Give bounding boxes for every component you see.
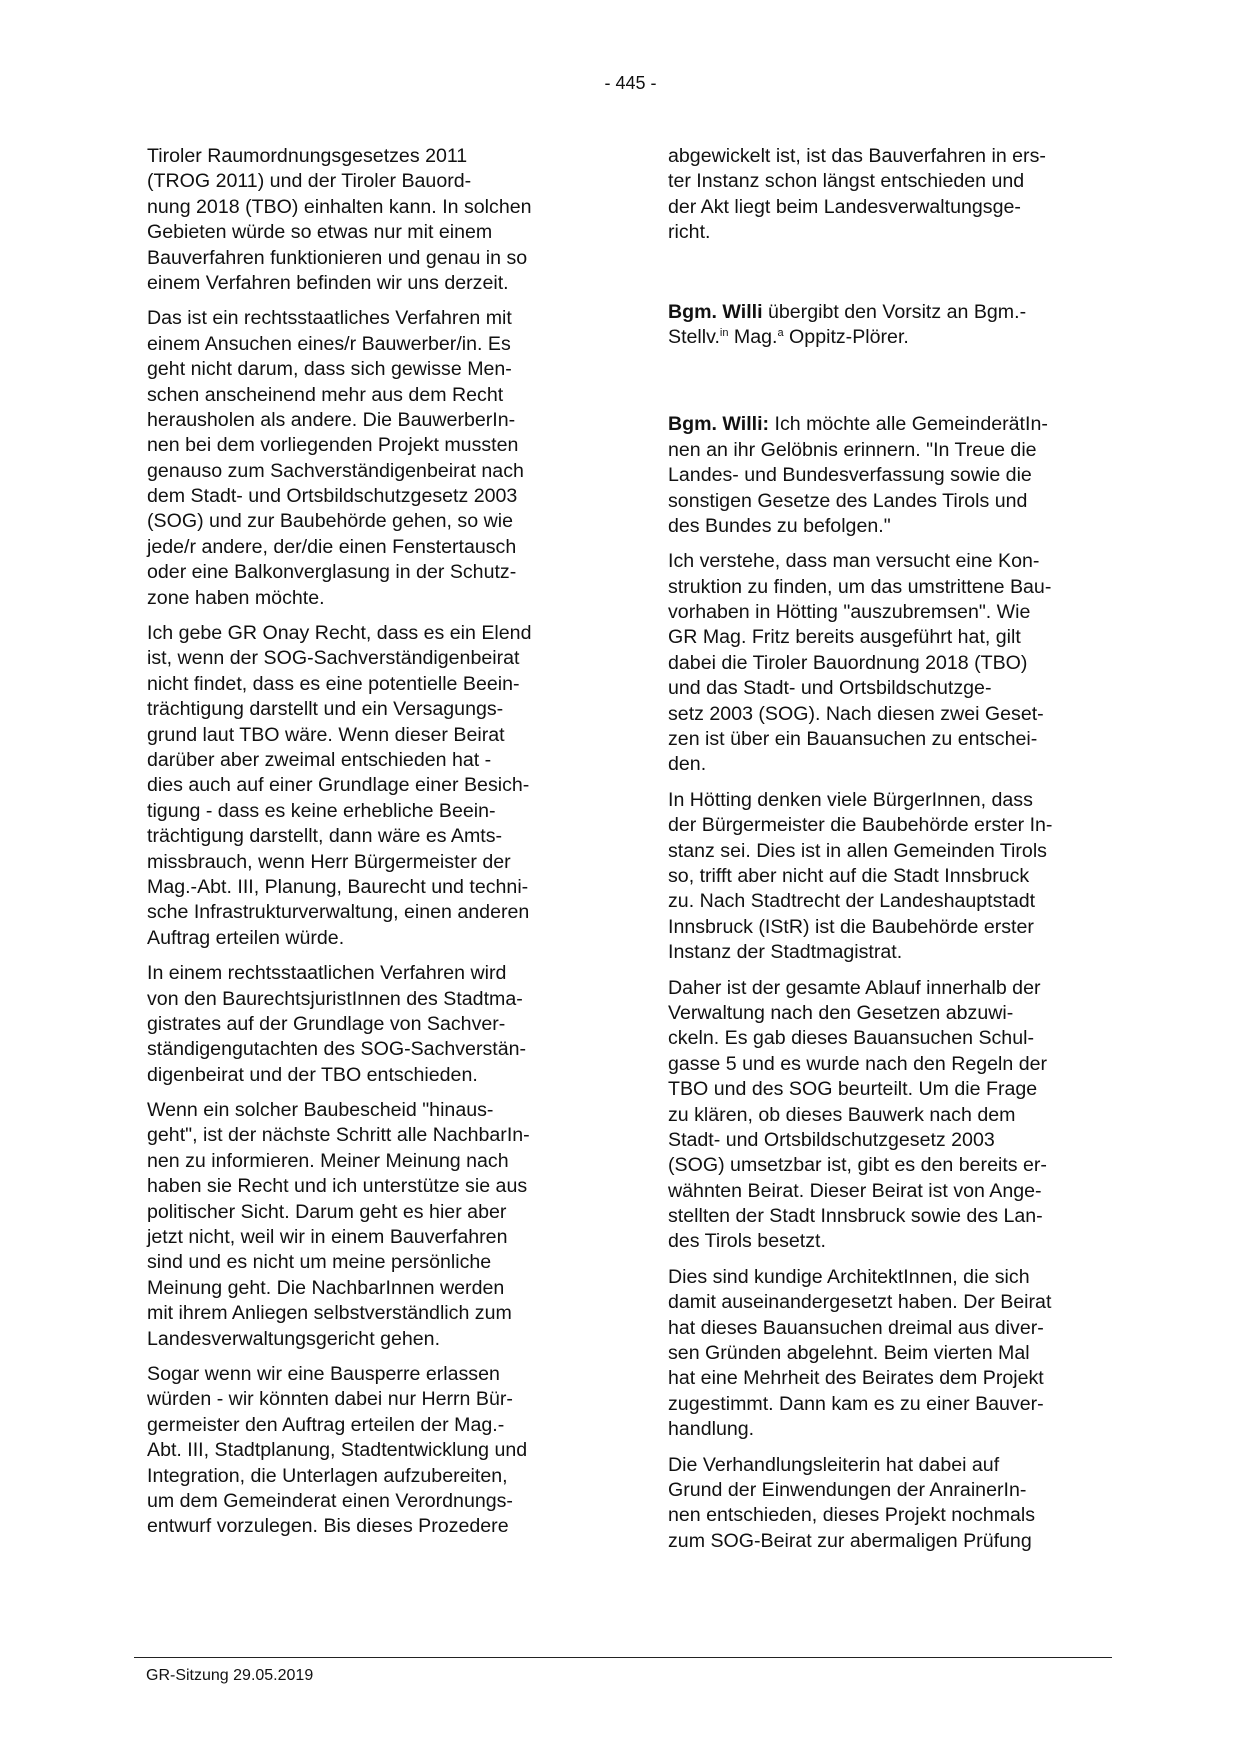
text-line: Stadt- und Ortsbildschutzgesetz 2003 (668, 1128, 1118, 1153)
text-line: Tiroler Raumordnungsgesetzes 2011 (147, 144, 597, 169)
text-line: Instanz der Stadtmagistrat. (668, 940, 1118, 965)
text-line: sen Gründen abgelehnt. Beim vierten Mal (668, 1341, 1118, 1366)
text-line: damit auseinandergesetzt haben. Der Beir… (668, 1290, 1118, 1315)
text-line: Sogar wenn wir eine Bausperre erlassen (147, 1362, 597, 1387)
text-line: geht nicht darum, dass sich gewisse Men- (147, 357, 597, 382)
text-line: grund laut TBO wäre. Wenn dieser Beirat (147, 723, 597, 748)
footer-session-label: GR-Sitzung 29.05.2019 (146, 1666, 313, 1686)
text-line: sche Infrastrukturverwaltung, einen ande… (147, 900, 597, 925)
text-line: (SOG) und zur Baubehörde gehen, so wie (147, 509, 597, 534)
speaker-name: Bgm. Willi (668, 301, 763, 323)
text-line: vorhaben in Hötting "auszubremsen". Wie (668, 600, 1118, 625)
paragraph: Tiroler Raumordnungsgesetzes 2011(TROG 2… (147, 144, 597, 296)
text-line: des Bundes zu befolgen." (668, 514, 1118, 539)
text-line: oder eine Balkonverglasung in der Schutz… (147, 560, 597, 585)
text-line: stanz sei. Dies ist in allen Gemeinden T… (668, 839, 1118, 864)
speech-line-1: Bgm. Willi: Ich möchte alle GemeinderätI… (668, 412, 1118, 437)
text-line: hat dieses Bauansuchen dreimal aus diver… (668, 1316, 1118, 1341)
text-line: stellten der Stadt Innsbruck sowie des L… (668, 1204, 1118, 1229)
text-line: dies auch auf einer Grundlage einer Besi… (147, 773, 597, 798)
speech-paragraph: Bgm. Willi: Ich möchte alle GemeinderätI… (668, 412, 1118, 539)
text-line: sonstigen Gesetze des Landes Tirols und (668, 489, 1118, 514)
text-line: Auftrag erteilen würde. (147, 926, 597, 951)
text-line: zugestimmt. Dann kam es zu einer Bauver- (668, 1392, 1118, 1417)
text-line: Meinung geht. Die NachbarInnen werden (147, 1276, 597, 1301)
text-line: Daher ist der gesamte Ablauf innerhalb d… (668, 976, 1118, 1001)
text-line: trächtigung darstellt, dann wäre es Amts… (147, 824, 597, 849)
text-line: entwurf vorzulegen. Bis dieses Prozedere (147, 1514, 597, 1539)
text-line: nen zu informieren. Meiner Meinung nach (147, 1149, 597, 1174)
text-line: struktion zu finden, um das umstrittene … (668, 575, 1118, 600)
text-line: tigung - dass es keine erhebliche Beein- (147, 799, 597, 824)
text-line: In Hötting denken viele BürgerInnen, das… (668, 788, 1118, 813)
text-line: geht", ist der nächste Schritt alle Nach… (147, 1123, 597, 1148)
text-line: gistrates auf der Grundlage von Sachver- (147, 1012, 597, 1037)
text-line: einem Verfahren befinden wir uns derzeit… (147, 271, 597, 296)
text-line: zum SOG-Beirat zur abermaligen Prüfung (668, 1529, 1118, 1554)
text-line: schen anscheinend mehr aus dem Recht (147, 383, 597, 408)
paragraph: Ich gebe GR Onay Recht, dass es ein Elen… (147, 621, 597, 951)
text-line: den. (668, 752, 1118, 777)
text-line: trächtigung darstellt und ein Versagungs… (147, 697, 597, 722)
footer-divider (134, 1657, 1112, 1658)
handover-line-2: Stellv.in Mag.a Oppitz-Plörer. (668, 325, 1118, 350)
text-line: ckeln. Es gab dieses Bauansuchen Schul- (668, 1026, 1118, 1051)
text-line: germeister den Auftrag erteilen der Mag.… (147, 1413, 597, 1438)
paragraph-intro: abgewickelt ist, ist das Bauverfahren in… (668, 144, 1118, 246)
text-line: von den BaurechtsjuristInnen des Stadtma… (147, 987, 597, 1012)
right-paragraphs: Ich verstehe, dass man versucht eine Kon… (668, 549, 1118, 1554)
text-line: der Bürgermeister die Baubehörde erster … (668, 813, 1118, 838)
paragraph: In Hötting denken viele BürgerInnen, das… (668, 788, 1118, 966)
text-line: Integration, die Unterlagen aufzubereite… (147, 1464, 597, 1489)
text-line: Das ist ein rechtsstaatliches Verfahren … (147, 306, 597, 331)
text-line: (TROG 2011) und der Tiroler Bauord- (147, 169, 597, 194)
handover-line-1: Bgm. Willi übergibt den Vorsitz an Bgm.- (668, 300, 1118, 325)
text-line: politischer Sicht. Darum geht es hier ab… (147, 1200, 597, 1225)
text-line: handlung. (668, 1417, 1118, 1442)
text-line: dem Stadt- und Ortsbildschutzgesetz 2003 (147, 484, 597, 509)
text-line: Ich verstehe, dass man versucht eine Kon… (668, 549, 1118, 574)
spacer (668, 256, 1118, 300)
text-line: jetzt nicht, weil wir in einem Bauverfah… (147, 1225, 597, 1250)
text-line: und das Stadt- und Ortsbildschutzge- (668, 676, 1118, 701)
text-line: richt. (668, 220, 1118, 245)
text-line: nen an ihr Gelöbnis erinnern. "In Treue … (668, 438, 1118, 463)
text-line: Wenn ein solcher Baubescheid "hinaus- (147, 1098, 597, 1123)
text-line: Mag.-Abt. III, Planung, Baurecht und tec… (147, 875, 597, 900)
text-line: digenbeirat und der TBO entschieden. (147, 1063, 597, 1088)
text-line: nen bei dem vorliegenden Projekt mussten (147, 433, 597, 458)
text-line: ter Instanz schon längst entschieden und (668, 169, 1118, 194)
speaker-name: Bgm. Willi: (668, 413, 769, 435)
text-line: Gebieten würde so etwas nur mit einem (147, 220, 597, 245)
text-line: nung 2018 (TBO) einhalten kann. In solch… (147, 195, 597, 220)
paragraph: Wenn ein solcher Baubescheid "hinaus-geh… (147, 1098, 597, 1352)
text-line: setz 2003 (SOG). Nach diesen zwei Geset- (668, 702, 1118, 727)
text-line: der Akt liegt beim Landesverwaltungsge- (668, 195, 1118, 220)
text-line: dabei die Tiroler Bauordnung 2018 (TBO) (668, 651, 1118, 676)
text-line: Grund der Einwendungen der AnrainerIn- (668, 1478, 1118, 1503)
text-line: haben sie Recht und ich unterstütze sie … (147, 1174, 597, 1199)
text-line: abgewickelt ist, ist das Bauverfahren in… (668, 144, 1118, 169)
text-line: zone haben möchte. (147, 586, 597, 611)
text-line: des Tirols besetzt. (668, 1229, 1118, 1254)
left-column: Tiroler Raumordnungsgesetzes 2011(TROG 2… (147, 144, 597, 1550)
paragraph: Dies sind kundige ArchitektInnen, die si… (668, 1265, 1118, 1443)
spacer (668, 360, 1118, 412)
chair-handover-note: Bgm. Willi übergibt den Vorsitz an Bgm.-… (668, 300, 1118, 351)
text-line: nicht findet, dass es eine potentielle B… (147, 672, 597, 697)
text-line: GR Mag. Fritz bereits ausgeführt hat, gi… (668, 625, 1118, 650)
text-line: herausholen als andere. Die BauwerberIn- (147, 408, 597, 433)
text-line: mit ihrem Anliegen selbstverständlich zu… (147, 1301, 597, 1326)
text-line: Dies sind kundige ArchitektInnen, die si… (668, 1265, 1118, 1290)
text-line: so, trifft aber nicht auf die Stadt Inns… (668, 864, 1118, 889)
text-line: würden - wir könnten dabei nur Herrn Bür… (147, 1387, 597, 1412)
text-line: zen ist über ein Bauansuchen zu entschei… (668, 727, 1118, 752)
paragraph: Die Verhandlungsleiterin hat dabei aufGr… (668, 1453, 1118, 1555)
text-line: Landesverwaltungsgericht gehen. (147, 1327, 597, 1352)
text-line: darüber aber zweimal entschieden hat - (147, 748, 597, 773)
text-line: zu klären, ob dieses Bauwerk nach dem (668, 1103, 1118, 1128)
text-line: zu. Nach Stadtrecht der Landeshauptstadt (668, 889, 1118, 914)
text-line: TBO und des SOG beurteilt. Um die Frage (668, 1077, 1118, 1102)
text-line: ständigengutachten des SOG-Sachverstän- (147, 1037, 597, 1062)
text-line: Ich gebe GR Onay Recht, dass es ein Elen… (147, 621, 597, 646)
paragraph: Sogar wenn wir eine Bausperre erlassenwü… (147, 1362, 597, 1540)
text-line: missbrauch, wenn Herr Bürgermeister der (147, 850, 597, 875)
text-line: (SOG) umsetzbar ist, gibt es den bereits… (668, 1153, 1118, 1178)
text-line: In einem rechtsstaatlichen Verfahren wir… (147, 961, 597, 986)
text-line: jede/r andere, der/die einen Fenstertaus… (147, 535, 597, 560)
text-line: nen entschieden, dieses Projekt nochmals (668, 1503, 1118, 1528)
text-line: Die Verhandlungsleiterin hat dabei auf (668, 1453, 1118, 1478)
text-line: Landes- und Bundesverfassung sowie die (668, 463, 1118, 488)
text-line: sind und es nicht um meine persönliche (147, 1250, 597, 1275)
paragraph: In einem rechtsstaatlichen Verfahren wir… (147, 961, 597, 1088)
text-line: Bauverfahren funktionieren und genau in … (147, 246, 597, 271)
paragraph: Ich verstehe, dass man versucht eine Kon… (668, 549, 1118, 778)
text-line: einem Ansuchen eines/r Bauwerber/in. Es (147, 332, 597, 357)
text-line: wähnten Beirat. Dieser Beirat ist von An… (668, 1179, 1118, 1204)
text-line: gasse 5 und es wurde nach den Regeln der (668, 1052, 1118, 1077)
text-line: ist, wenn der SOG-Sachverständigenbeirat (147, 646, 597, 671)
text-line: hat eine Mehrheit des Beirates dem Proje… (668, 1366, 1118, 1391)
text-line: um dem Gemeinderat einen Verordnungs- (147, 1489, 597, 1514)
text-line: Innsbruck (IStR) ist die Baubehörde erst… (668, 915, 1118, 940)
text-line: Abt. III, Stadtplanung, Stadtentwicklung… (147, 1438, 597, 1463)
right-column: abgewickelt ist, ist das Bauverfahren in… (668, 144, 1118, 1564)
page-number: - 445 - (10, 73, 1241, 93)
text-line: genauso zum Sachverständigenbeirat nach (147, 459, 597, 484)
paragraph: Daher ist der gesamte Ablauf innerhalb d… (668, 976, 1118, 1255)
paragraph: Das ist ein rechtsstaatliches Verfahren … (147, 306, 597, 611)
text-line: Verwaltung nach den Gesetzen abzuwi- (668, 1001, 1118, 1026)
